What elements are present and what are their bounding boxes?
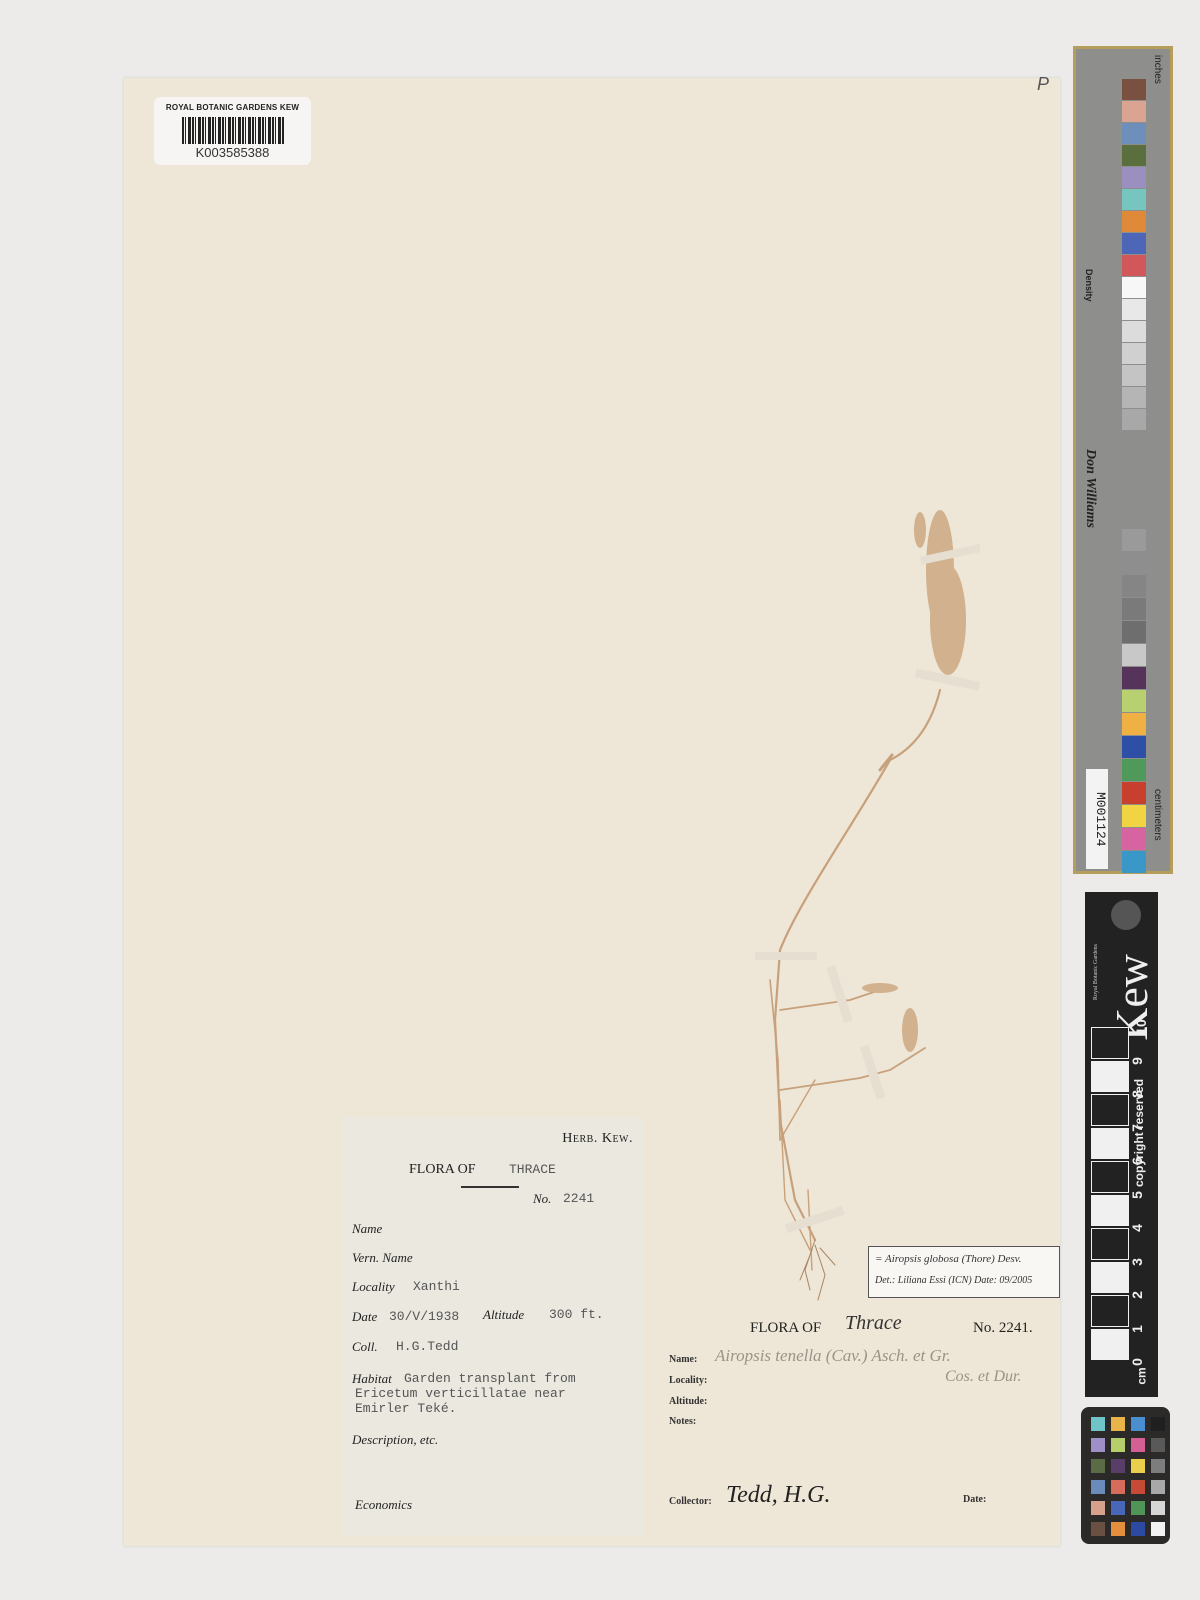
scale-segment	[1091, 1128, 1129, 1160]
ruler-swatch	[1122, 828, 1146, 850]
ruler-swatch	[1122, 233, 1146, 254]
barcode-label: ROYAL BOTANIC GARDENS KEW K003585388	[154, 97, 311, 165]
locality-value: Xanthi	[413, 1279, 460, 1294]
ruler-swatch	[1122, 667, 1146, 689]
right-notes-label: Notes:	[669, 1416, 696, 1427]
ruler-swatch	[1122, 644, 1146, 666]
ruler-swatch	[1122, 387, 1146, 408]
kew-subtitle: Royal Botanic Gardens	[1093, 944, 1099, 1000]
date-value: 30/V/1938	[389, 1309, 459, 1324]
right-flora-of-heading: FLORA OF	[750, 1320, 821, 1337]
description-label: Description, etc.	[352, 1432, 438, 1448]
colour-chip	[1131, 1501, 1145, 1515]
ruler-swatch	[1122, 598, 1146, 620]
ruler-swatch	[1122, 713, 1146, 735]
divider	[461, 1186, 519, 1188]
ruler-swatch	[1122, 211, 1146, 232]
colour-chip	[1131, 1522, 1145, 1536]
economics-label: Economics	[355, 1497, 412, 1513]
colour-chip	[1131, 1417, 1145, 1431]
colour-chip	[1111, 1501, 1125, 1515]
colour-chip	[1131, 1480, 1145, 1494]
right-collector-label: Collector:	[669, 1496, 712, 1507]
number-label: No.	[533, 1191, 551, 1207]
colour-calibration-ruler: inches Density Don Williams M001124 cent…	[1073, 46, 1173, 874]
ruler-swatch	[1122, 101, 1146, 122]
barcode-number: K003585388	[154, 145, 311, 160]
colour-chip	[1131, 1438, 1145, 1452]
habitat-label: Habitat	[352, 1371, 392, 1387]
collector-label: Coll.	[352, 1339, 378, 1355]
scale-tick-label: 6	[1129, 1157, 1145, 1165]
scale-segment	[1091, 1094, 1129, 1126]
colour-chip	[1091, 1417, 1105, 1431]
scale-segment	[1091, 1195, 1129, 1227]
flora-of-heading: FLORA OF	[409, 1162, 476, 1178]
scale-tick-label: 9	[1129, 1057, 1145, 1065]
ruler-swatch	[1122, 255, 1146, 276]
scale-tick-label: 4	[1129, 1224, 1145, 1232]
scale-tick-label: 3	[1129, 1258, 1145, 1266]
colour-chip	[1151, 1438, 1165, 1452]
habitat-value-line3: Emirler Teké.	[355, 1401, 456, 1416]
scale-tick-label: 8	[1129, 1090, 1145, 1098]
ruler-swatch	[1122, 805, 1146, 827]
colour-chip	[1091, 1438, 1105, 1452]
altitude-value: 300 ft.	[549, 1307, 604, 1322]
colour-chip	[1091, 1501, 1105, 1515]
name-label: Name	[352, 1221, 382, 1237]
altitude-label: Altitude	[483, 1307, 524, 1323]
scale-segment	[1091, 1061, 1129, 1093]
date-label: Date	[352, 1309, 377, 1325]
number-value: 2241	[563, 1191, 594, 1206]
ruler-swatch	[1122, 321, 1146, 342]
habitat-value-line1: Garden transplant from	[404, 1371, 576, 1386]
colour-chip	[1151, 1417, 1165, 1431]
specimen-label-herb-kew: Herb. Kew. FLORA OF THRACE No. 2241 Name…	[341, 1117, 643, 1536]
colour-chip	[1111, 1459, 1125, 1473]
colour-chip	[1091, 1480, 1105, 1494]
colour-chip	[1111, 1480, 1125, 1494]
scale-segment	[1091, 1262, 1129, 1294]
ruler-swatch	[1122, 167, 1146, 188]
collector-value: H.G.Tedd	[396, 1339, 458, 1354]
scale-segment	[1091, 1228, 1129, 1260]
det-name: = Airopsis globosa (Thore) Desv.	[875, 1253, 1021, 1265]
ruler-swatch	[1122, 409, 1146, 430]
ruler-swatch	[1122, 851, 1146, 873]
ruler-swatch	[1122, 365, 1146, 386]
scale-tick-label: 10	[1133, 1019, 1149, 1035]
scale-tick-label: 2	[1129, 1291, 1145, 1299]
determination-slip: = Airopsis globosa (Thore) Desv. Det.: L…	[868, 1246, 1060, 1298]
ruler-swatch	[1122, 277, 1146, 298]
colour-chip	[1111, 1438, 1125, 1452]
right-region-handwritten: Thrace	[845, 1312, 902, 1335]
ruler-swatch	[1122, 343, 1146, 364]
ruler-swatch	[1122, 79, 1146, 100]
scale-tick-label: 1	[1129, 1325, 1145, 1333]
scale-tick-label: 0	[1129, 1358, 1145, 1366]
scale-segment	[1091, 1295, 1129, 1327]
scale-tick-label: 7	[1129, 1124, 1145, 1132]
ruler-swatch	[1122, 575, 1146, 597]
right-number: No. 2241.	[973, 1320, 1033, 1337]
habitat-value-line2: Ericetum verticillatae near	[355, 1386, 566, 1401]
colour-chip	[1111, 1522, 1125, 1536]
kew-crest-icon	[1111, 900, 1141, 930]
kew-scale-bar: Kew Royal Botanic Gardens copyright rese…	[1085, 892, 1158, 1397]
ruler-swatch	[1122, 299, 1146, 320]
herb-kew-heading: Herb. Kew.	[562, 1131, 633, 1147]
scale-tick-label: 5	[1129, 1191, 1145, 1199]
kew-unit: cm	[1135, 1367, 1149, 1384]
ruler-swatch	[1122, 736, 1146, 758]
right-name-value: Airopsis tenella (Cav.) Asch. et Gr.	[715, 1346, 951, 1366]
scale-segment	[1091, 1027, 1129, 1059]
ruler-swatch	[1122, 690, 1146, 712]
colour-chip	[1091, 1459, 1105, 1473]
ruler-density-label: Density	[1084, 269, 1094, 302]
right-locality-label: Locality:	[669, 1375, 707, 1386]
colour-chip	[1111, 1417, 1125, 1431]
vern-name-label: Vern. Name	[352, 1250, 413, 1266]
ruler-swatch	[1122, 759, 1146, 781]
ruler-swatch	[1122, 552, 1146, 574]
barcode-icon	[182, 117, 284, 144]
ruler-inches-label: inches	[1152, 55, 1163, 84]
flora-region: THRACE	[509, 1162, 556, 1177]
right-name-label: Name:	[669, 1354, 697, 1365]
ruler-swatch	[1122, 189, 1146, 210]
scale-segment	[1091, 1161, 1129, 1193]
barcode-title: ROYAL BOTANIC GARDENS KEW	[154, 103, 311, 112]
ruler-swatch	[1122, 529, 1146, 551]
ruler-id: M001124	[1086, 769, 1108, 869]
ruler-swatch	[1122, 145, 1146, 166]
right-name-note: Cos. et Dur.	[945, 1368, 1021, 1386]
ruler-swatch	[1122, 621, 1146, 643]
grass-specimen-icon	[740, 500, 980, 1320]
ruler-cm-label: centimeters	[1152, 789, 1163, 841]
colour-chip	[1151, 1480, 1165, 1494]
colour-checker-card	[1081, 1407, 1170, 1544]
ruler-brand: Don Williams	[1082, 449, 1098, 528]
scale-segment	[1091, 1329, 1129, 1361]
colour-chip	[1131, 1459, 1145, 1473]
locality-label: Locality	[352, 1279, 395, 1295]
colour-chip	[1151, 1522, 1165, 1536]
colour-chip	[1151, 1501, 1165, 1515]
right-altitude-label: Altitude:	[669, 1396, 707, 1407]
colour-chip	[1151, 1459, 1165, 1473]
ruler-swatch	[1122, 123, 1146, 144]
colour-chip	[1091, 1522, 1105, 1536]
ruler-swatch	[1122, 782, 1146, 804]
right-collector-value: Tedd, H.G.	[726, 1482, 830, 1509]
right-date-label: Date:	[963, 1494, 986, 1505]
det-by: Det.: Liliana Essi (ICN) Date: 09/2005	[875, 1275, 1032, 1286]
corner-mark: P	[1037, 74, 1049, 95]
